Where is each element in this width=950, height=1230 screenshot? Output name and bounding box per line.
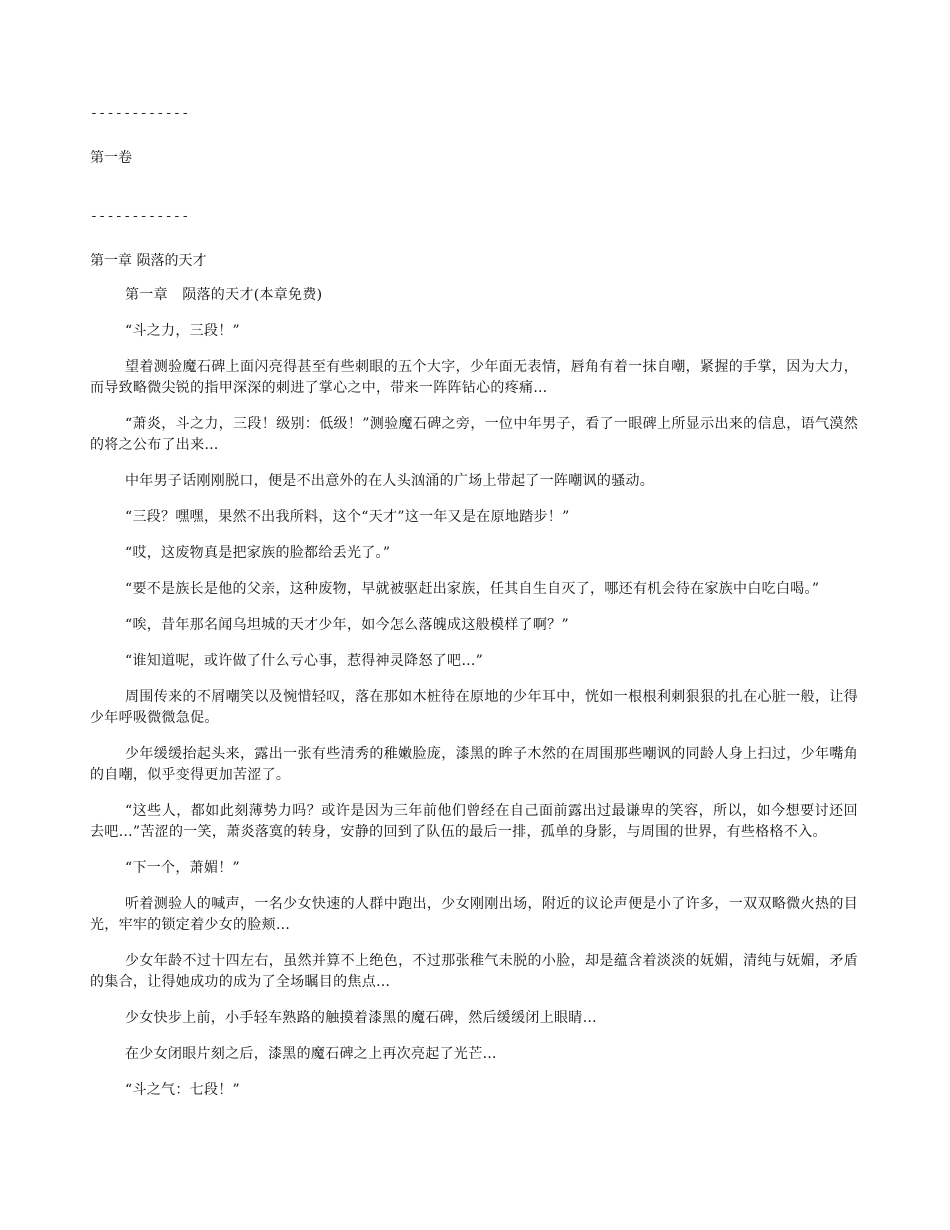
- paragraph: “斗之力，三段！”: [90, 321, 858, 342]
- volume-title: 第一卷: [90, 148, 858, 168]
- separator-line: ------------: [90, 104, 858, 124]
- document-page: ------------ 第一卷 ------------ 第一章 陨落的天才 …: [90, 104, 858, 1116]
- paragraph: 听着测验人的喊声，一名少女快速的人群中跑出，少女刚刚出场，附近的议论声便是小了许…: [90, 894, 858, 936]
- paragraph: “萧炎，斗之力，三段！级别：低级！”测验魔石碑之旁，一位中年男子，看了一眼碑上所…: [90, 414, 858, 456]
- paragraph: 在少女闭眼片刻之后，漆黑的魔石碑之上再次亮起了光芒…: [90, 1044, 858, 1065]
- paragraph: 少女快步上前，小手轻车熟路的触摸着漆黑的魔石碑，然后缓缓闭上眼睛…: [90, 1008, 858, 1029]
- paragraph: 望着测验魔石碑上面闪亮得甚至有些刺眼的五个大字，少年面无表情，唇角有着一抹自嘲，…: [90, 357, 858, 399]
- chapter-subtitle: 第一章 陨落的天才(本章免费): [90, 285, 858, 306]
- paragraph: “唉，昔年那名闻乌坦城的天才少年，如今怎么落魄成这般模样了啊？”: [90, 615, 858, 636]
- paragraph: “这些人，都如此刻薄势力吗？或许是因为三年前他们曾经在自己面前露出过最谦卑的笑容…: [90, 801, 858, 843]
- chapter-heading: 第一章 陨落的天才: [90, 251, 858, 271]
- paragraph: “斗之气：七段！”: [90, 1080, 858, 1101]
- paragraph: “哎，这废物真是把家族的脸都给丢光了。”: [90, 543, 858, 564]
- separator-line: ------------: [90, 207, 858, 227]
- paragraph: 少年缓缓抬起头来，露出一张有些清秀的稚嫩脸庞，漆黑的眸子木然的在周围那些嘲讽的同…: [90, 744, 858, 786]
- paragraph: “谁知道呢，或许做了什么亏心事，惹得神灵降怒了吧…”: [90, 651, 858, 672]
- paragraph: “下一个，萧媚！”: [90, 858, 858, 879]
- paragraph: 周围传来的不屑嘲笑以及惋惜轻叹，落在那如木桩待在原地的少年耳中，恍如一根根利刺狠…: [90, 687, 858, 729]
- paragraph: “三段？嘿嘿，果然不出我所料，这个“天才”这一年又是在原地踏步！”: [90, 507, 858, 528]
- paragraph: 中年男子话刚刚脱口，便是不出意外的在人头汹涌的广场上带起了一阵嘲讽的骚动。: [90, 471, 858, 492]
- paragraph: 少女年龄不过十四左右，虽然并算不上绝色，不过那张稚气未脱的小脸，却是蕴含着淡淡的…: [90, 951, 858, 993]
- paragraph: “要不是族长是他的父亲，这种废物，早就被驱赶出家族，任其自生自灭了，哪还有机会待…: [90, 579, 858, 600]
